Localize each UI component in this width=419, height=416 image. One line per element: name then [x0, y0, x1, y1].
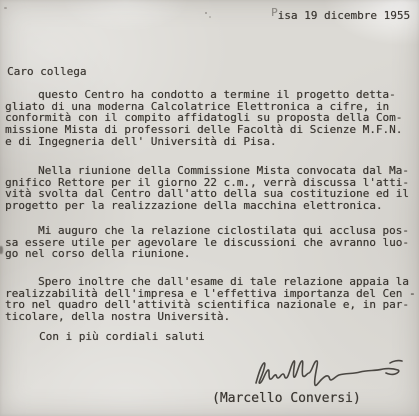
salutation: Caro collega: [7, 66, 86, 78]
date-initial-letter: P: [271, 7, 278, 19]
typed-signature-name: (Marcello Conversi): [212, 392, 361, 406]
paragraph-1: questo Centro ha condotto a termine il p…: [5, 89, 402, 148]
letter-page: Pisa 19 dicembre 1955 Caro collega quest…: [0, 0, 419, 416]
date-line: Pisa 19 dicembre 1955: [271, 10, 410, 22]
signature-strokes: [256, 361, 402, 386]
scan-speck: [205, 12, 207, 14]
scan-speck: [4, 7, 7, 9]
handwritten-signature: [246, 352, 416, 392]
scan-speck: [0, 246, 3, 254]
paragraph-4: Spero inoltre che dall'esame di tale rel…: [5, 276, 416, 323]
paragraph-2: Nella riunione della Commissione Mista c…: [5, 165, 409, 212]
date-text: isa 19 dicembre 1955: [278, 9, 410, 22]
scan-speck: [209, 16, 211, 18]
closing-line: Con i più cordiali saluti: [39, 331, 205, 343]
paragraph-3: Mi auguro che la relazione ciclostilata …: [5, 225, 409, 260]
